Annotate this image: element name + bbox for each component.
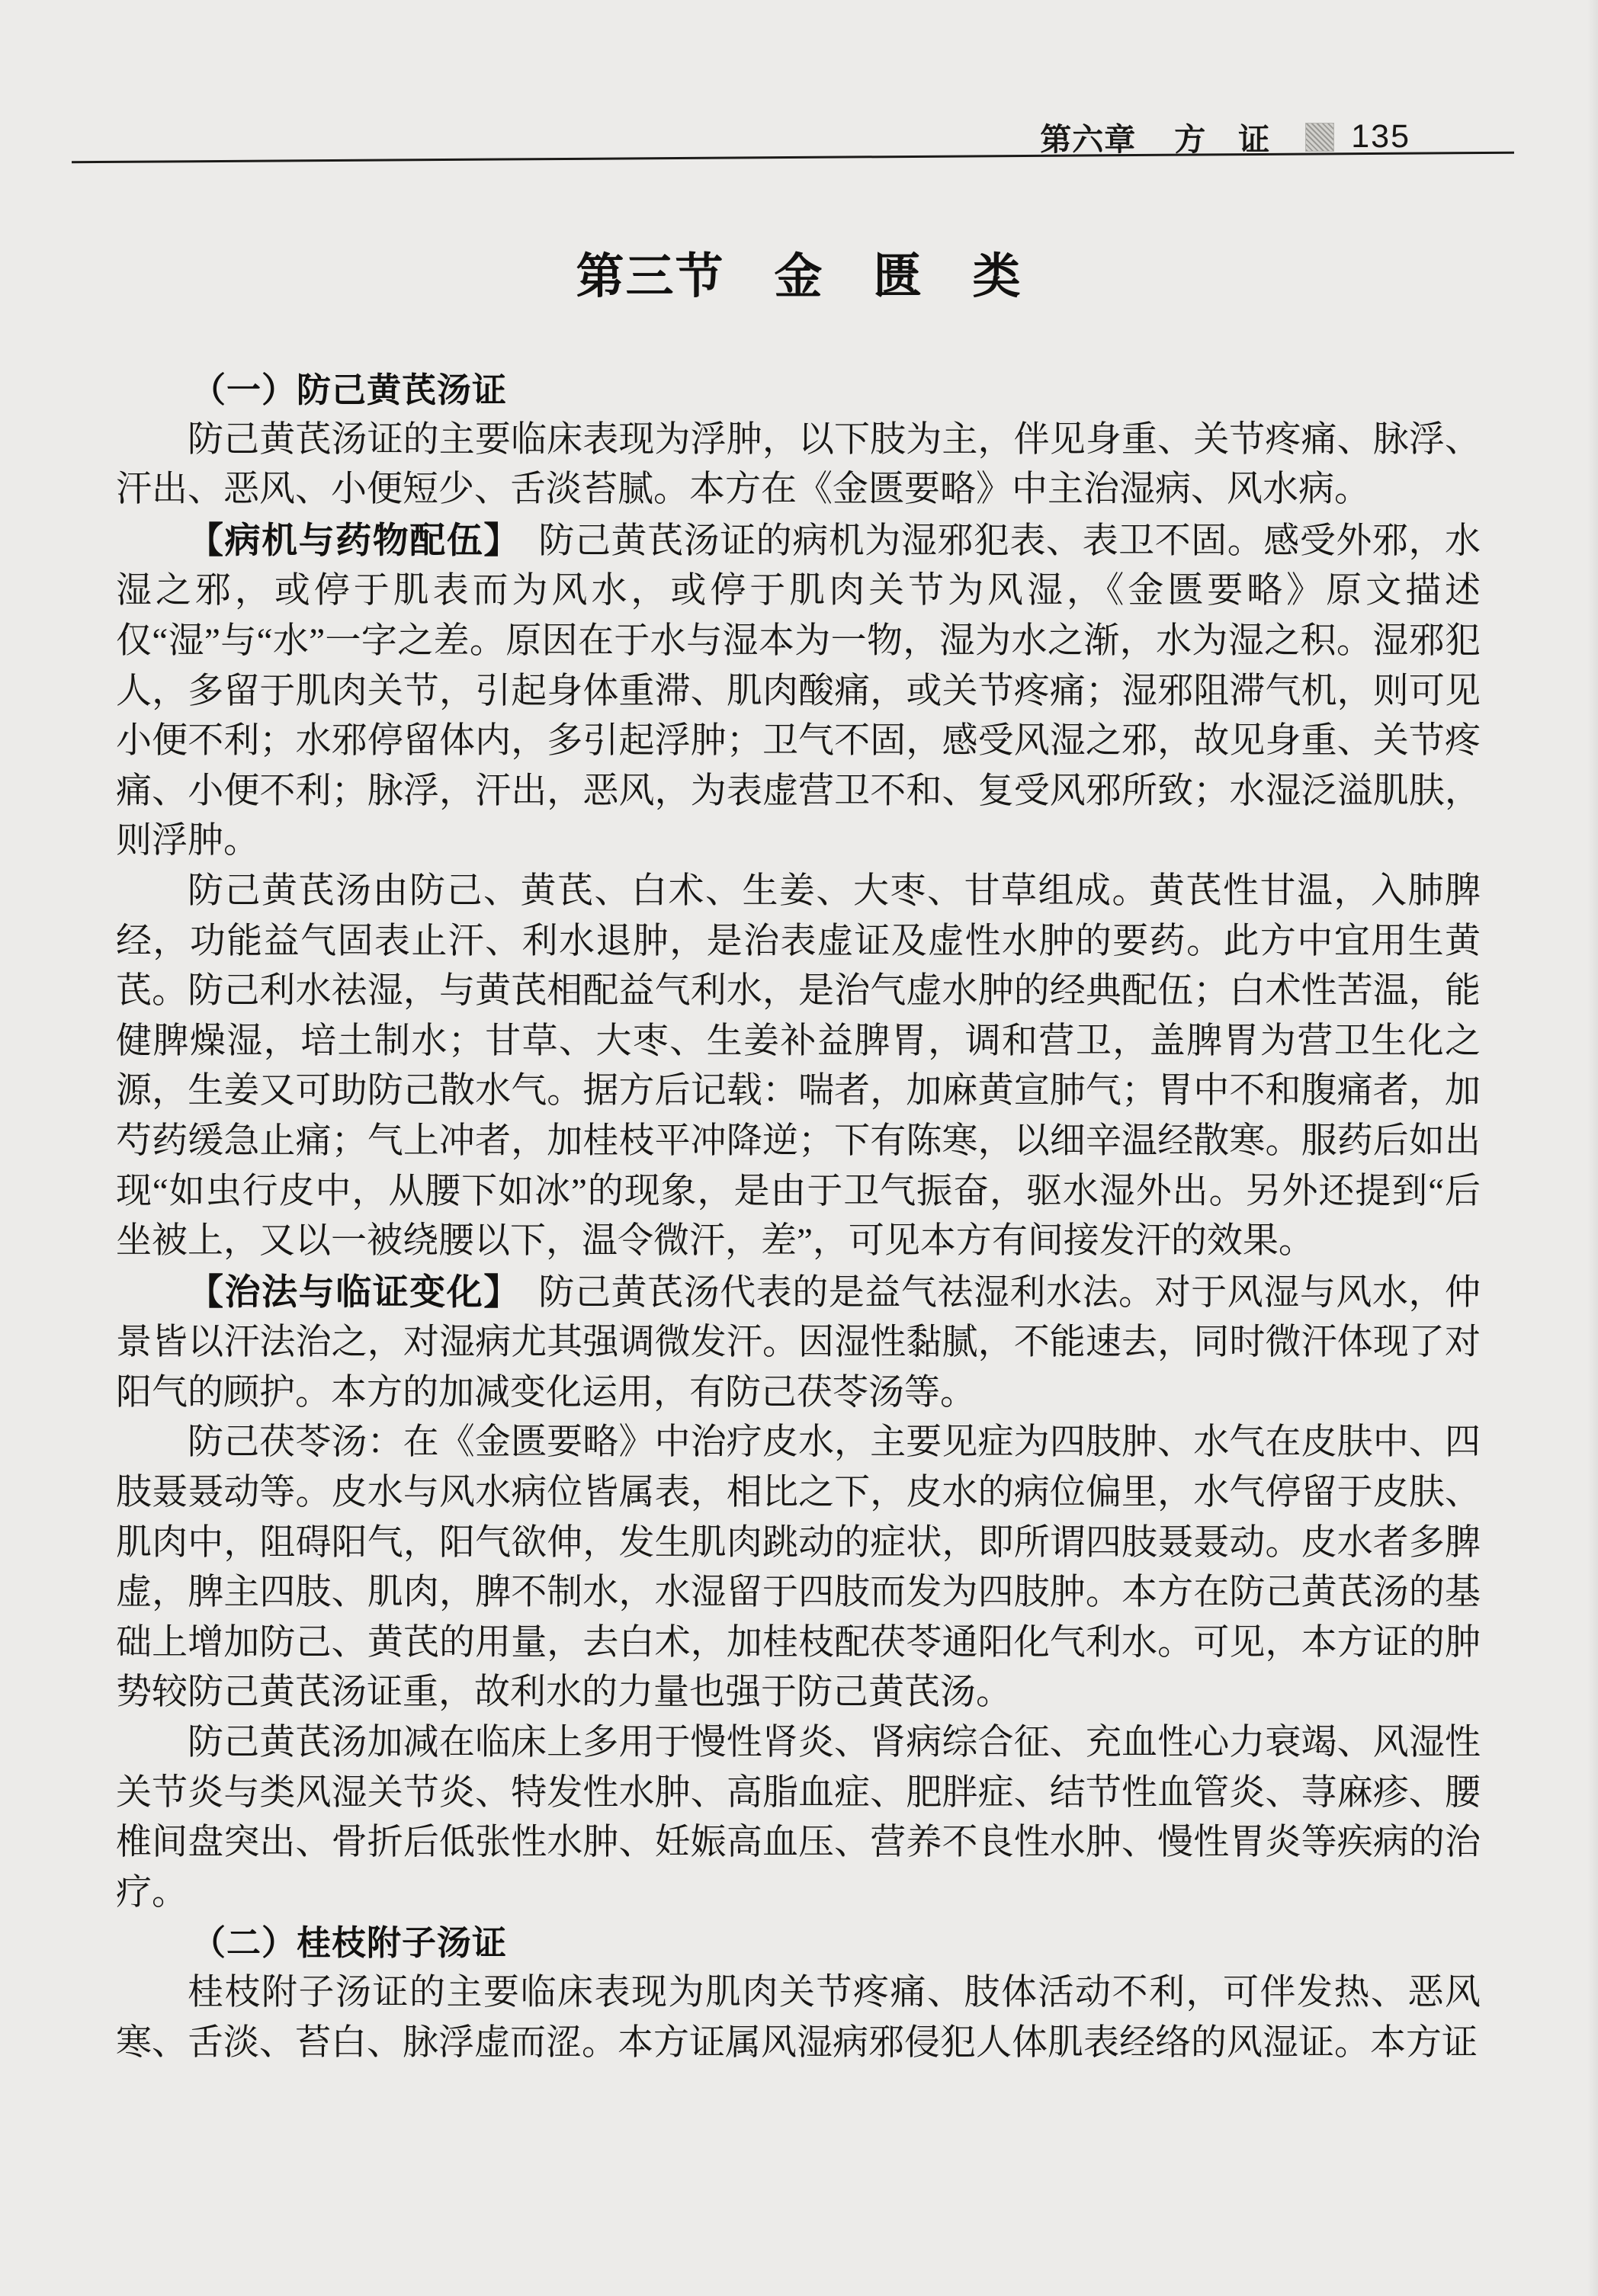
section-heading: （一）防己黄芪汤证	[116, 365, 1481, 415]
page-title: 第三节 金 匮 类	[0, 238, 1598, 307]
paragraph: 桂枝附子汤证的主要临床表现为肌肉关节疼痛、肢体活动不利，可伴发热、恶风寒、舌淡、…	[116, 1968, 1481, 2068]
paragraph: 【治法与临证变化】防己黄芪汤代表的是益气祛湿利水法。对于风湿与风水，仲景皆以汗法…	[116, 1267, 1481, 1419]
paragraph: 防己茯苓汤：在《金匮要略》中治疗皮水，主要见症为四肢肿、水气在皮肤中、四肢聂聂动…	[116, 1418, 1481, 1718]
body-text: （一）防己黄芪汤证防己黄芪汤证的主要临床表现为浮肿，以下肢为主，伴见身重、关节疼…	[116, 365, 1481, 2068]
paragraph: 防己黄芪汤由防己、黄芪、白术、生姜、大枣、甘草组成。黄芪性甘温，入肺脾经，功能益…	[116, 867, 1481, 1267]
hatched-square-icon	[1305, 123, 1334, 152]
paragraph-label: 【病机与药物配伍】	[188, 520, 521, 560]
paragraph: 防己黄芪汤证的主要临床表现为浮肿，以下肢为主，伴见身重、关节疼痛、脉浮、汗出、恶…	[116, 415, 1481, 515]
scanned-book-page: { "header": { "chapter": "第六章", "chapter…	[0, 0, 1598, 2296]
paragraph-label: 【治法与临证变化】	[188, 1271, 521, 1312]
paragraph: 【病机与药物配伍】防己黄芪汤证的病机为湿邪犯表、表卫不固。感受外邪，水湿之邪，或…	[116, 515, 1481, 867]
paragraph: 防己黄芪汤加减在临床上多用于慢性肾炎、肾病综合征、充血性心力衰竭、风湿性关节炎与…	[116, 1718, 1481, 1918]
scan-edge-shadow	[1587, 0, 1598, 2296]
chapter-label: 第六章	[1040, 114, 1136, 159]
section-heading: （二）桂枝附子汤证	[116, 1918, 1481, 1968]
page-number: 135	[1351, 118, 1410, 156]
